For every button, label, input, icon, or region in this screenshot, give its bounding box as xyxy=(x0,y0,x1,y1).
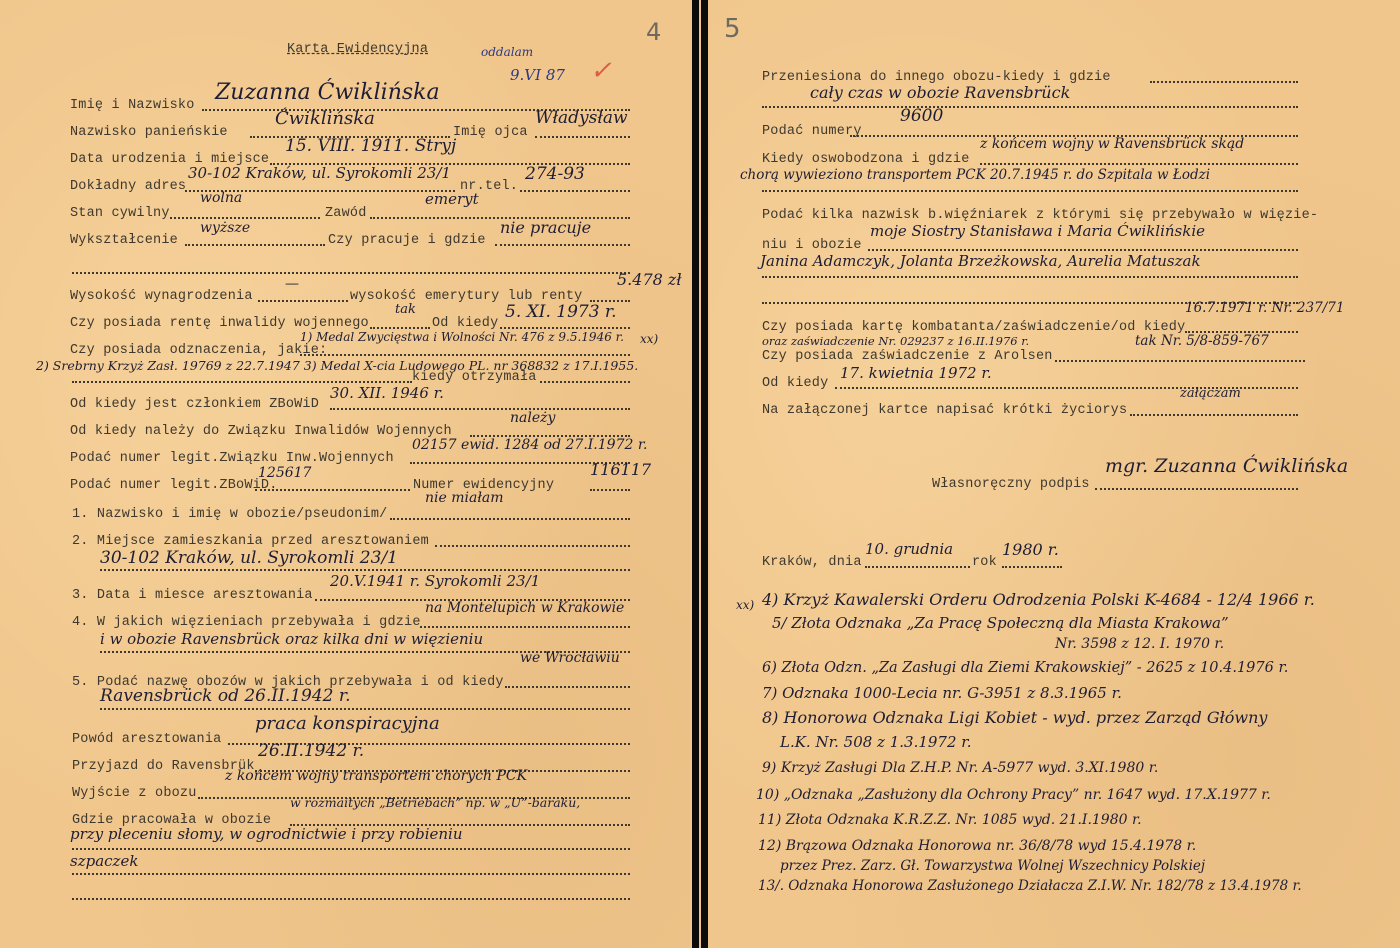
value-invalid-legit: 02157 ewid. 1284 od 27.I.1972 r. xyxy=(412,437,647,453)
value-father-name: Władysław xyxy=(535,108,628,128)
document-page-left: 4 Karta Ewidencyjna oddalam 9.VI 87 ✓ Im… xyxy=(0,0,690,948)
value-q5: Ravensbrück od 26.II.1942 r. xyxy=(100,686,351,706)
value-camp-work-2: przy pleceniu słomy, w ogrodnictwie i pr… xyxy=(70,825,462,843)
label-marital: Stan cywilny xyxy=(70,206,170,221)
value-date-day: 10. grudnia xyxy=(865,540,953,558)
value-pension: 5.478 zł xyxy=(617,270,682,289)
label-profession: Zawód xyxy=(325,206,367,221)
value-education: wyższe xyxy=(200,220,250,236)
label-father-name: Imię ojca xyxy=(453,125,528,140)
footnote-marker: xx) xyxy=(736,598,754,612)
signature: mgr. Zuzanna Ćwiklińska xyxy=(1105,455,1348,477)
value-salary: — xyxy=(285,276,299,292)
value-zbowid-legit: 125617 xyxy=(258,465,311,481)
label-maiden-name: Nazwisko panieńskie xyxy=(70,125,228,140)
label-exit: Wyjście z obozu xyxy=(72,786,197,801)
annotation-note: oddalam xyxy=(481,45,533,59)
label-name: Imię i Nazwisko xyxy=(70,98,195,113)
value-biography: załączam xyxy=(1180,386,1241,401)
value-camp-work: w rozmaitych „Betriebach” np. w „U”-bara… xyxy=(290,795,580,810)
award-item: 9) Krzyż Zasługi Dla Z.H.P. Nr. A-5977 w… xyxy=(762,760,1158,776)
value-zbowid-since: 30. XII. 1946 r. xyxy=(330,384,444,402)
page-divider xyxy=(690,0,710,948)
label-liberated: Kiedy oswobodzona i gdzie xyxy=(762,152,970,167)
label-fellow-prisoners: Podać kilka nazwisk b.więźniarek z który… xyxy=(762,208,1318,223)
value-disability-pension: tak xyxy=(395,302,416,317)
label-since-date: Od kiedy xyxy=(762,376,828,391)
value-year: 1980 r. xyxy=(1002,540,1059,559)
value-transferred: cały czas w obozie Ravensbrück xyxy=(810,83,1070,102)
value-phone: 274-93 xyxy=(525,164,585,184)
document-page-right: 5 Przeniesiona do innego obozu-kiedy i g… xyxy=(710,0,1400,948)
value-arrival: 26.II.1942 r. xyxy=(258,741,364,761)
label-zbowid-since: Od kiedy jest członkiem ZBoWiD xyxy=(70,397,319,412)
label-address: Dokładny adres xyxy=(70,179,186,194)
value-employment: nie pracuje xyxy=(500,218,591,237)
award-item: 12) Brązowa Odznaka Honorowa nr. 36/8/78… xyxy=(758,838,1196,854)
label-since: Od kiedy xyxy=(432,316,498,331)
value-liberated: z końcem wojny w Ravensbrück skąd xyxy=(980,136,1244,152)
page-number: 4 xyxy=(646,18,661,46)
label-fellow-prisoners-2: niu i obozie xyxy=(762,238,862,253)
value-address: 30-102 Kraków, ul. Syrokomli 23/1 xyxy=(188,164,451,182)
value-decorations: 1) Medal Zwycięstwa i Wolności Nr. 476 z… xyxy=(300,330,624,344)
award-item: przez Prez. Zarz. Gł. Towarzystwa Wolnej… xyxy=(780,858,1205,874)
value-q4: na Montelupich w Krakowie xyxy=(425,600,624,616)
award-item: 8) Honorowa Odznaka Ligi Kobiet - wyd. p… xyxy=(762,708,1267,727)
label-arolsen: Czy posiada zaświadczenie z Arolsen xyxy=(762,349,1053,364)
value-q4-continued: i w obozie Ravensbrück oraz kilka dni w … xyxy=(100,630,483,648)
award-item: 11) Złota Odznaka K.R.Z.Z. Nr. 1085 wyd.… xyxy=(758,812,1142,828)
label-biography: Na załączonej kartce napisać krótki życi… xyxy=(762,403,1127,418)
value-maiden-name: Ćwiklińska xyxy=(275,108,375,129)
value-profession: emeryt xyxy=(425,190,479,208)
label-decorations: Czy posiada odznaczenia, jakie: xyxy=(70,343,327,358)
label-zbowid-legit: Podać numer legit.ZBoWiD. xyxy=(70,478,278,493)
value-veteran-card: 16.7.1971 r. Nr. 237/71 xyxy=(1185,300,1344,316)
value-decorations-continued: 2) Srebrny Krzyż Zasł. 19769 z 22.7.1947… xyxy=(36,358,638,373)
value-fellow-prisoners-2: Janina Adamczyk, Jolanta Brzeżkowska, Au… xyxy=(760,252,1201,270)
label-disability-pension: Czy posiada rentę inwalidy wojennego xyxy=(70,316,369,331)
value-name: Zuzanna Ćwiklińska xyxy=(215,80,440,105)
value-q4-continued-2: we Wrocławiu xyxy=(520,650,620,666)
value-numbers: 9600 xyxy=(900,106,943,126)
label-arrest-reason: Powód aresztowania xyxy=(72,732,221,747)
label-salary: Wysokość wynagrodzenia xyxy=(70,289,253,304)
value-q2: 30-102 Kraków, ul. Syrokomli 23/1 xyxy=(100,548,398,568)
annotation-date: 9.VI 87 xyxy=(510,66,565,84)
check-mark-icon: ✓ xyxy=(590,56,612,86)
value-veteran-card-2: oraz zaświadczenie Nr. 029237 z 16.II.19… xyxy=(762,334,1029,348)
label-numbers: Podać numery xyxy=(762,124,862,139)
award-item: L.K. Nr. 508 z 1.3.1972 r. xyxy=(780,733,972,751)
page-number: 5 xyxy=(724,14,741,44)
value-fellow-prisoners: moje Siostry Stanisława i Maria Ćwiklińs… xyxy=(870,222,1205,240)
footnote-marker: xx) xyxy=(640,332,658,346)
value-arolsen: tak Nr. 5/8-859-767 xyxy=(1135,333,1269,349)
label-invalid-union: Od kiedy należy do Związku Inwalidów Woj… xyxy=(70,424,452,439)
label-q1: 1. Nazwisko i imię w obozie/pseudonim/ xyxy=(72,507,387,522)
award-item: Nr. 3598 z 12. I. 1970 r. xyxy=(1055,636,1224,652)
label-employment: Czy pracuje i gdzie xyxy=(328,233,486,248)
label-year: rok xyxy=(972,555,997,570)
award-item: 10) „Odznaka „Zasłużony dla Ochrony Prac… xyxy=(756,787,1271,803)
label-education: Wykształcenie xyxy=(70,233,178,248)
award-item: 7) Odznaka 1000-Lecia nr. G-3951 z 8.3.1… xyxy=(762,684,1122,702)
label-when-received: kiedy otrzymała xyxy=(412,370,537,385)
label-signature: Własnoręczny podpis xyxy=(932,477,1090,492)
award-item: 4) Krzyż Kawalerski Orderu Odrodzenia Po… xyxy=(762,590,1315,609)
label-q2: 2. Miejsce zamieszkania przed aresztowan… xyxy=(72,534,429,549)
label-q4: 4. W jakich więzieniach przebywała i gdz… xyxy=(72,615,421,630)
value-since-date: 17. kwietnia 1972 r. xyxy=(840,364,992,382)
value-q1: nie miałam xyxy=(425,490,504,506)
page-title: Karta Ewidencyjna xyxy=(287,42,428,57)
award-item: 6) Złota Odzn. „Za Zasługi dla Ziemi Kra… xyxy=(762,660,1288,676)
label-q3: 3. Data i miesce aresztowania xyxy=(72,588,313,603)
value-liberated-2: chorą wywieziono transportem PCK 20.7.19… xyxy=(740,167,1210,183)
award-item: 5/ Złota Odznaka „Za Pracę Społeczną dla… xyxy=(772,614,1229,632)
value-marital: wolna xyxy=(200,190,242,206)
label-place-date: Kraków, dnia xyxy=(762,555,862,570)
label-veteran-card: Czy posiada kartę kombatanta/zaświadczen… xyxy=(762,320,1185,335)
value-invalid-union: należy xyxy=(510,410,555,426)
award-item: 13/. Odznaka Honorowa Zasłużonego Działa… xyxy=(758,878,1302,894)
value-arrest-reason: praca konspiracyjna xyxy=(255,713,440,734)
value-registry-number: 116117 xyxy=(590,460,651,479)
label-invalid-legit: Podać numer legit.Związku Inw.Wojennych xyxy=(70,451,394,466)
value-exit: z końcem wojny transportem chorych PCK xyxy=(225,768,527,784)
value-since: 5. XI. 1973 r. xyxy=(505,302,617,322)
value-q3: 20.V.1941 r. Syrokomli 23/1 xyxy=(330,572,540,590)
value-camp-work-3: szpaczek xyxy=(70,852,138,870)
value-birth: 15. VIII. 1911. Stryj xyxy=(285,136,456,156)
